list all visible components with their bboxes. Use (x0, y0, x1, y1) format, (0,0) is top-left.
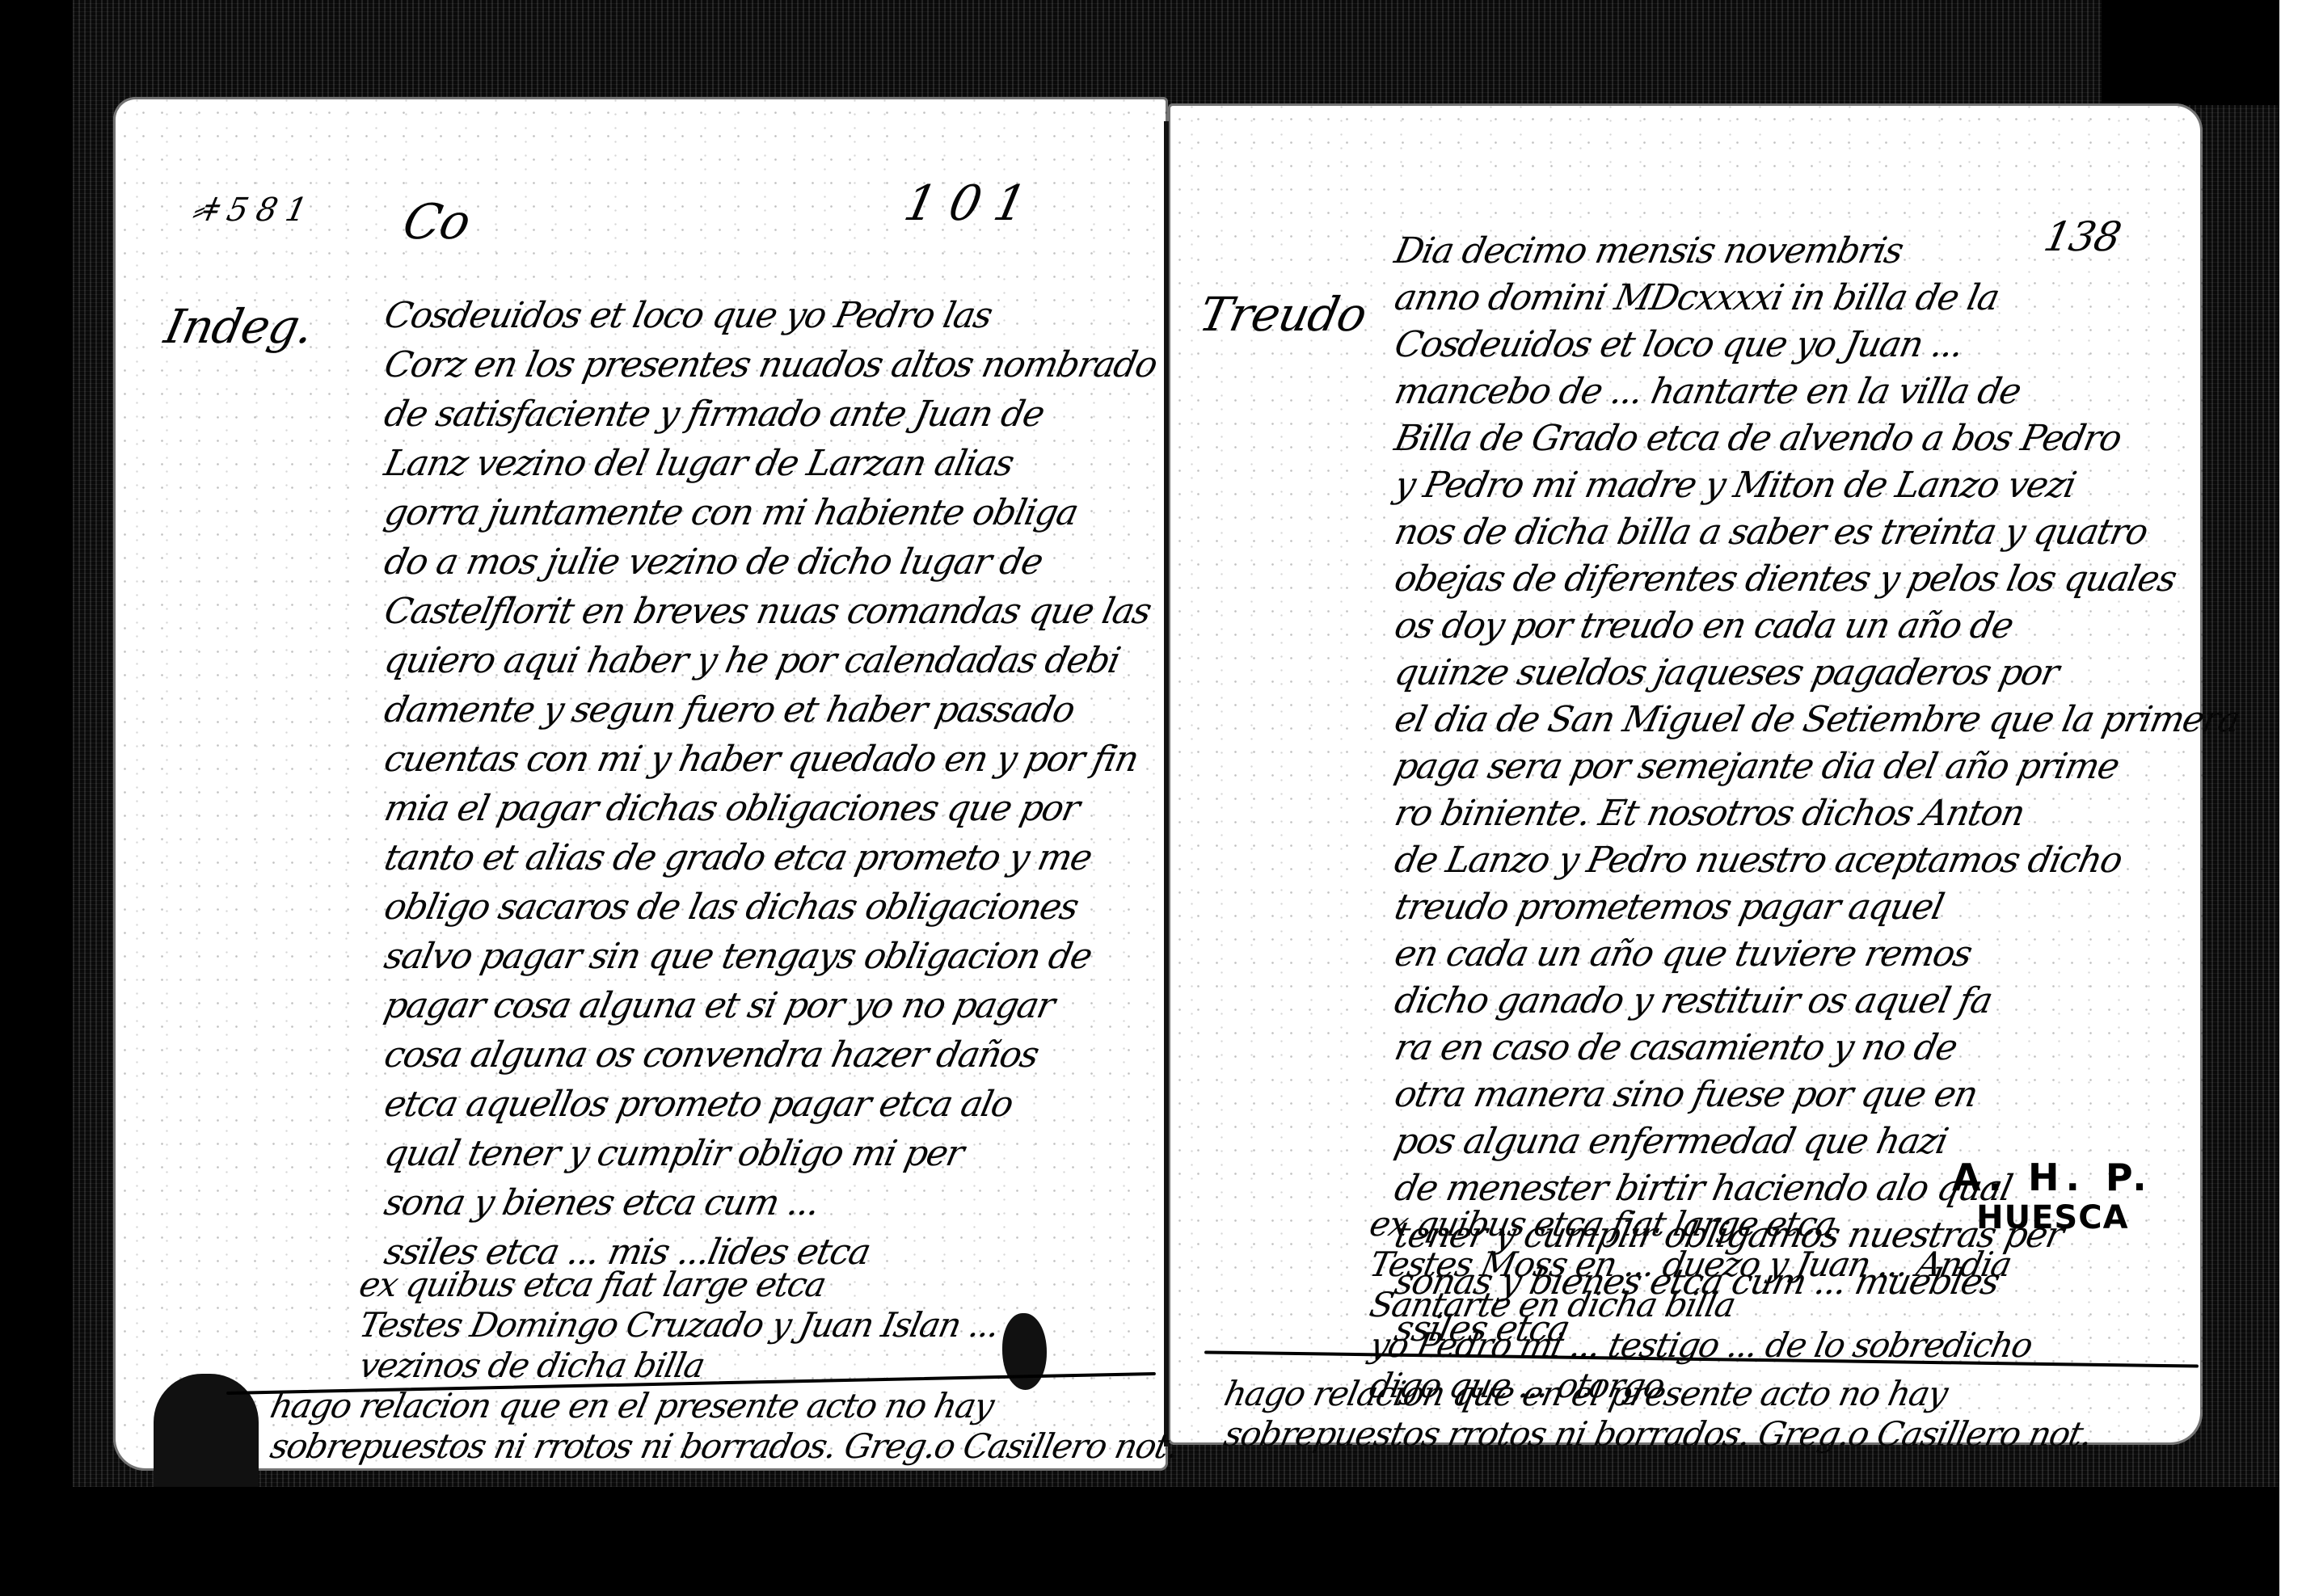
left-header-mark-1: ⸗ǂ 5 8 1 (191, 194, 310, 226)
text-line: nos de dicha billa a saber es treinta y … (1390, 509, 2244, 556)
text-line: cosa alguna os convendra hazer daños (380, 1030, 1162, 1080)
footer-line: sobrepuestos ni rrotos ni borrados. Greg… (267, 1426, 1182, 1467)
closing-line: Santarte en dicha billa (1366, 1285, 2035, 1325)
text-line: dicho ganado y restituir os aquel fa (1390, 978, 2244, 1025)
text-line: tanto et alias de grado etca prometo y m… (380, 833, 1162, 882)
text-line: quiero aqui haber y he por calendadas de… (380, 636, 1162, 685)
text-line: etca aquellos prometo pagar etca alo (380, 1080, 1162, 1129)
left-footer: hago relacion que en el presente acto no… (267, 1386, 1173, 1467)
right-footer: hago relacion que en el presente acto no… (1221, 1374, 2087, 1455)
text-line: mancebo de ... hantarte en la villa de (1390, 368, 2244, 415)
text-line: damente y segun fuero et haber passado (380, 685, 1162, 735)
text-line: ro biniente. Et nosotros dichos Anton (1390, 790, 2244, 837)
folio-number-left: 1 0 1 (900, 179, 1030, 228)
footer-line: hago relacion que en el presente acto no… (1221, 1374, 2095, 1414)
scan-edge-margin (2279, 0, 2302, 1596)
left-margin-note: Indeg. (161, 303, 318, 350)
footer-line: hago relacion que en el presente acto no… (267, 1386, 1182, 1426)
text-line: salvo pagar sin que tengays obligacion d… (380, 932, 1162, 981)
text-line: quinze sueldos jaqueses pagaderos por (1390, 650, 2244, 697)
left-header-mark-2: Co (399, 198, 474, 246)
text-line: de satisfaciente y firmado ante Juan de (380, 390, 1162, 439)
book-gutter (1164, 121, 1169, 1447)
text-line: sona y bienes etca cum ... (380, 1178, 1162, 1228)
text-line: Cosdeuidos et loco que yo Pedro las (380, 291, 1162, 340)
footer-line: sobrepuestos rrotos ni borrados. Greg.o … (1221, 1414, 2095, 1455)
text-line: Castelflorit en breves nuas comandas que… (380, 587, 1162, 636)
right-margin-note: Treudo (1195, 291, 1370, 338)
stamp-initials: A. H. P. (1952, 1156, 2153, 1199)
text-line: ra en caso de casamiento y no de (1390, 1025, 2244, 1072)
left-closing: ex quibus etca fiat large etca Testes Do… (356, 1265, 994, 1386)
text-line: el dia de San Miguel de Setiembre que la… (1390, 697, 2244, 743)
text-line: os doy por treudo en cada un año de (1390, 603, 2244, 650)
text-line: otra manera sino fuese por que en (1390, 1072, 2244, 1118)
text-line: paga sera por semejante dia del año prim… (1390, 743, 2244, 790)
text-line: treudo prometemos pagar aquel (1390, 884, 2244, 931)
closing-line: Testes Moss en ... duezo y Juan ... Andi… (1366, 1244, 2035, 1285)
text-line: Cosdeuidos et loco que yo Juan ... (1390, 322, 2244, 368)
text-line: gorra juntamente con mi habiente obliga (380, 488, 1162, 537)
text-line: anno domini MDcxxxxi in billa de la (1390, 275, 2244, 322)
text-line: Lanz vezino del lugar de Larzan alias (380, 439, 1162, 488)
text-line: obejas de diferentes dientes y pelos los… (1390, 556, 2244, 603)
text-line: pagar cosa alguna et si por yo no pagar (380, 981, 1162, 1030)
text-line: obligo sacaros de las dichas obligacione… (380, 882, 1162, 932)
text-line: de Lanzo y Pedro nuestro aceptamos dicho (1390, 837, 2244, 884)
closing-line: Testes Domingo Cruzado y Juan Islan ... (356, 1305, 1002, 1345)
left-page-body: Cosdeuidos et loco que yo Pedro las Corz… (380, 291, 1151, 1277)
text-line: qual tener y cumplir obligo mi per (380, 1129, 1162, 1178)
text-line: Corz en los presentes nuados altos nombr… (380, 340, 1162, 390)
closing-line: ex quibus etca fiat large etca (1366, 1204, 2035, 1244)
text-line: y Pedro mi madre y Miton de Lanzo vezi (1390, 462, 2244, 509)
text-line: cuentas con mi y haber quedado en y por … (380, 735, 1162, 784)
text-line: Dia decimo mensis novembris (1390, 228, 2244, 275)
text-line: en cada un año que tuviere remos (1390, 931, 2244, 978)
text-line: Billa de Grado etca de alvendo a bos Ped… (1390, 415, 2244, 462)
text-line: do a mos julie vezino de dicho lugar de (380, 537, 1162, 587)
text-line: mia el pagar dichas obligaciones que por (380, 784, 1162, 833)
scan-edge-shadow (2102, 0, 2279, 105)
closing-line: ex quibus etca fiat large etca (356, 1265, 1002, 1305)
